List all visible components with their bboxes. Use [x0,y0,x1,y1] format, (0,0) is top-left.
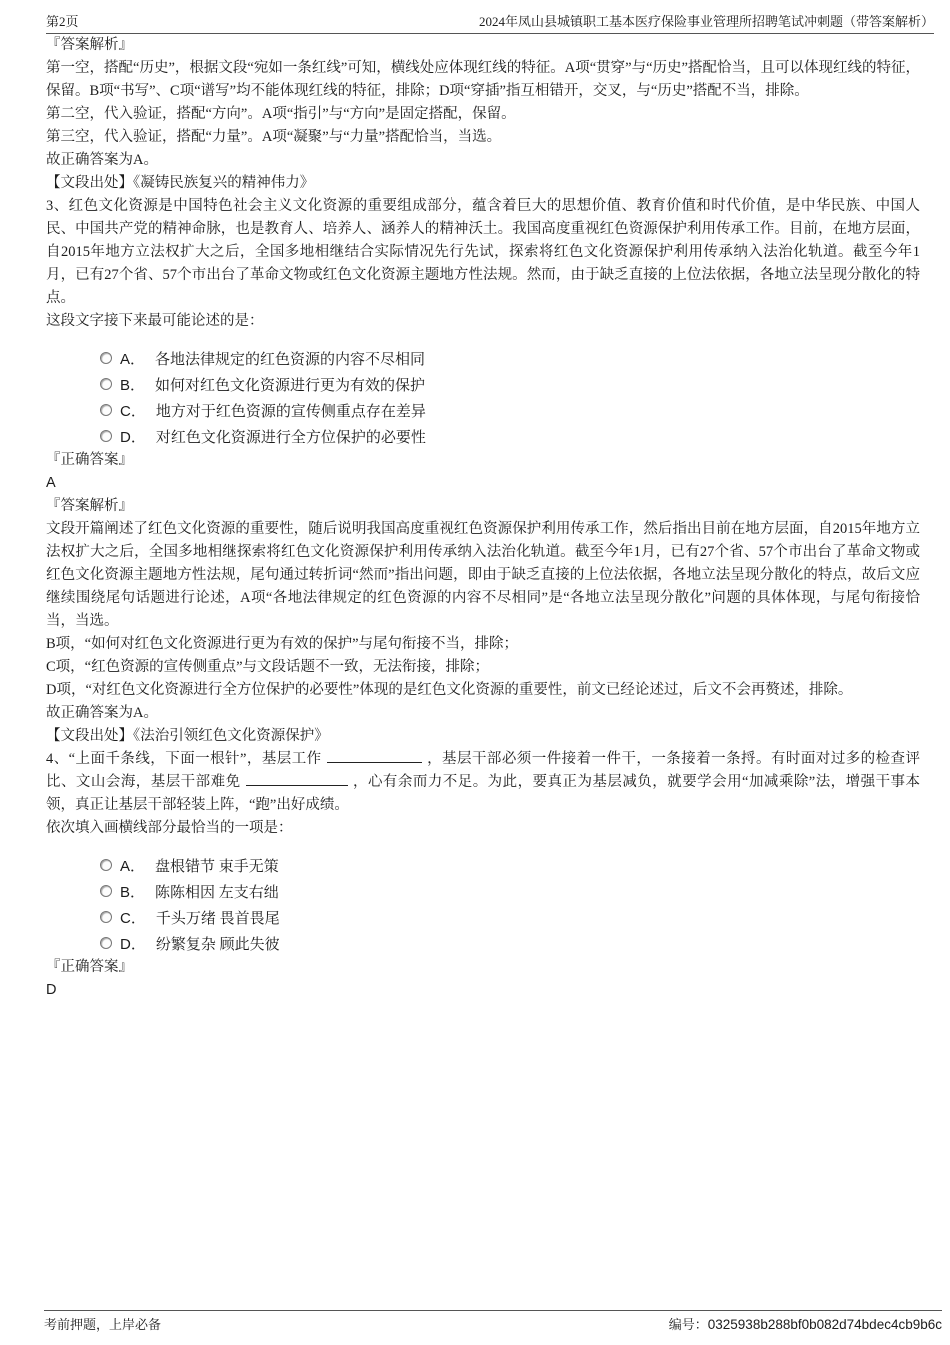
option-row-c[interactable]: C． 地方对于红色资源的宣传侧重点存在差异 [100,397,920,423]
option-text: 各地法律规定的红色资源的内容不尽相同 [155,348,425,369]
option-row-a[interactable]: A． 各地法律规定的红色资源的内容不尽相同 [100,345,920,371]
correct-answer-header: 『正确答案』 [46,449,920,472]
option-row-c[interactable]: C． 千头万绪 畏首畏尾 [100,904,920,930]
analysis-paragraph: C项，“红色资源的宣传侧重点”与文段话题不一致，无法衔接，排除； [46,656,920,679]
page-number: 第2页 [46,14,79,30]
option-letter: A． [120,855,145,876]
radio-button[interactable] [100,378,112,390]
radio-button[interactable] [100,404,112,416]
correct-answer-header: 『正确答案』 [46,956,920,979]
analysis-paragraph: D项，“对红色文化资源进行全方位保护的必要性”体现的是红色文化资源的重要性，前文… [46,679,920,702]
option-text: 盘根错节 束手无策 [155,855,279,876]
blank-underline [246,772,348,786]
option-row-d[interactable]: D． 对红色文化资源进行全方位保护的必要性 [100,423,920,449]
radio-button[interactable] [100,859,112,871]
radio-button[interactable] [100,885,112,897]
radio-button[interactable] [100,352,112,364]
option-letter: A． [120,348,145,369]
question-passage: 4、“上面千条线，下面一根针”，基层工作，基层干部必须一件接着一件干，一条接着一… [46,748,920,817]
document-title: 2024年凤山县城镇职工基本医疗保险事业管理所招聘笔试冲刺题（带答案解析） [479,14,934,30]
analysis-paragraph: 第二空，代入验证，搭配“方向”。A项“指引”与“方向”是固定搭配，保留。 [46,103,920,126]
option-text: 千头万绪 畏首畏尾 [156,907,280,928]
radio-button[interactable] [100,937,112,949]
analysis-paragraph: 第三空，代入验证，搭配“力量”。A项“凝聚”与“力量”搭配恰当，当选。 [46,126,920,149]
option-row-b[interactable]: B． 陈陈相因 左支右绌 [100,878,920,904]
analysis-header: 『答案解析』 [46,34,920,57]
document-page: 第2页 2024年凤山县城镇职工基本医疗保险事业管理所招聘笔试冲刺题（带答案解析… [0,0,950,1345]
option-row-b[interactable]: B． 如何对红色文化资源进行更为有效的保护 [100,371,920,397]
answer-conclusion: 故正确答案为A。 [46,149,920,172]
radio-button[interactable] [100,911,112,923]
option-letter: C． [120,907,146,928]
analysis-paragraph: B项，“如何对红色文化资源进行更为有效的保护”与尾句衔接不当，排除； [46,633,920,656]
question-stem: 依次填入画横线部分最恰当的一项是： [46,817,920,840]
option-text: 地方对于红色资源的宣传侧重点存在差异 [156,400,426,421]
answer-conclusion: 故正确答案为A。 [46,702,920,725]
options-group-q4: A． 盘根错节 束手无策 B． 陈陈相因 左支右绌 C． 千头万绪 畏首畏尾 D… [46,852,920,956]
source-reference: 【文段出处】《法治引领红色文化资源保护》 [46,725,920,748]
page-header: 第2页 2024年凤山县城镇职工基本医疗保险事业管理所招聘笔试冲刺题（带答案解析… [46,14,934,34]
option-row-a[interactable]: A． 盘根错节 束手无策 [100,852,920,878]
footer-id-value: 0325938b288bf0b082d74bdec4cb9b6c [708,1317,942,1333]
blank-underline [327,749,422,763]
option-text: 陈陈相因 左支右绌 [155,881,279,902]
option-text: 对红色文化资源进行全方位保护的必要性 [156,426,426,447]
option-text: 如何对红色文化资源进行更为有效的保护 [155,374,425,395]
option-letter: B． [120,374,145,395]
option-letter: C． [120,400,146,421]
option-letter: B． [120,881,145,902]
option-row-d[interactable]: D． 纷繁复杂 顾此失彼 [100,930,920,956]
footer-slogan: 考前押题，上岸必备 [44,1317,161,1333]
document-body: 『答案解析』 第一空，搭配“历史”，根据文段“宛如一条红线”可知，横线处应体现红… [0,34,950,1002]
question-passage: 3、红色文化资源是中国特色社会主义文化资源的重要组成部分，蕴含着巨大的思想价值、… [46,195,920,310]
analysis-paragraph: 文段开篇阐述了红色文化资源的重要性，随后说明我国高度重视红色资源保护利用传承工作… [46,518,920,633]
option-letter: D． [120,426,146,447]
source-reference: 【文段出处】《凝铸民族复兴的精神伟力》 [46,172,920,195]
radio-button[interactable] [100,430,112,442]
footer-id: 编号： 0325938b288bf0b082d74bdec4cb9b6c [669,1317,942,1333]
option-text: 纷繁复杂 顾此失彼 [156,933,280,954]
passage-text: 4、“上面千条线，下面一根针”，基层工作 [46,751,322,767]
footer-id-label: 编号： [669,1317,708,1333]
question-stem: 这段文字接下来最可能论述的是： [46,310,920,333]
page-footer: 考前押题，上岸必备 编号： 0325938b288bf0b082d74bdec4… [44,1310,942,1333]
option-letter: D． [120,933,146,954]
correct-answer-value: D [46,979,920,1002]
options-group-q3: A． 各地法律规定的红色资源的内容不尽相同 B． 如何对红色文化资源进行更为有效… [46,345,920,449]
analysis-header: 『答案解析』 [46,495,920,518]
correct-answer-value: A [46,472,920,495]
analysis-paragraph: 第一空，搭配“历史”，根据文段“宛如一条红线”可知，横线处应体现红线的特征。A项… [46,57,920,103]
